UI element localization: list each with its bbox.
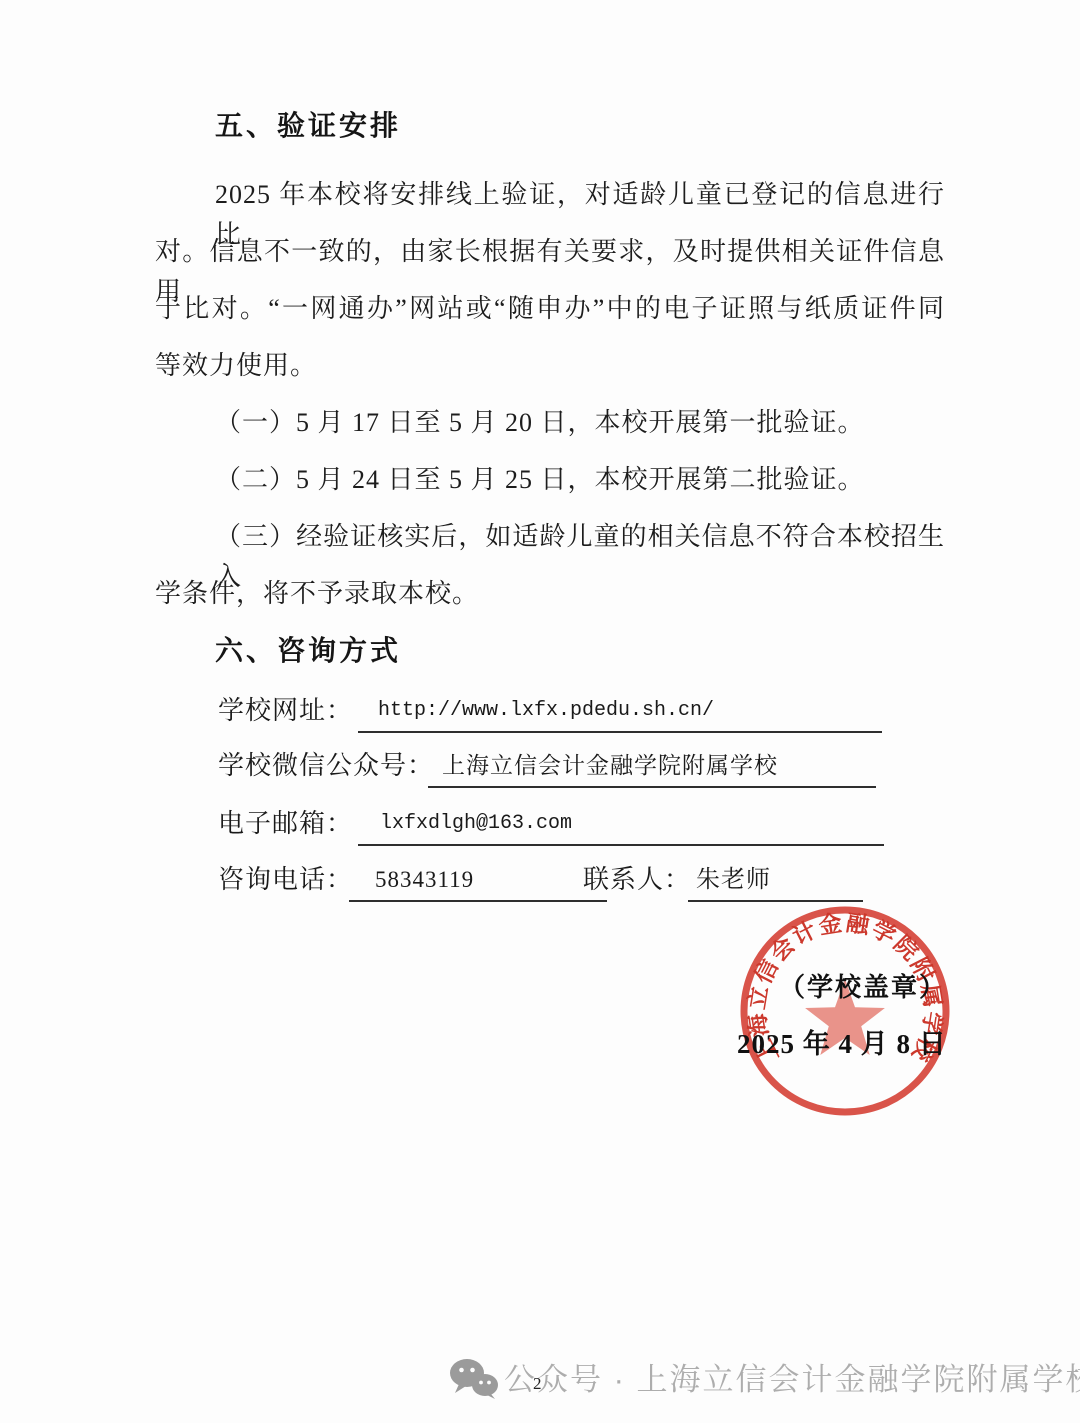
wechat-account-label: 学校微信公众号： — [218, 746, 434, 786]
wechat-account-field: 上海立信会计金融学院附属学校 — [428, 746, 876, 788]
email-field: lxfxdlgh@163.com — [358, 804, 884, 846]
wechat-watermark: 公众号 · 上海立信会计金融学院附属学校 — [504, 1358, 1080, 1402]
phone-value: 58343119 — [375, 867, 474, 892]
section-heading-contact: 六、咨询方式 — [215, 631, 401, 671]
email-label: 电子邮箱： — [218, 804, 353, 844]
scanned-document-page: 五、验证安排 2025 年本校将安排线上验证，对适龄儿童已登记的信息进行比 对。… — [0, 0, 1080, 1423]
phone-label: 咨询电话： — [218, 860, 353, 900]
stamp-placeholder-note: （学校盖章） — [779, 968, 947, 1008]
page-number: 2 — [533, 1372, 542, 1396]
section-heading-verification: 五、验证安排 — [215, 106, 401, 146]
verification-paragraph-line: 于比对。“一网通办”网站或“随申办”中的电子证照与纸质证件同 — [155, 289, 945, 329]
verification-item-1: （一）5 月 17 日至 5 月 20 日，本校开展第一批验证。 — [155, 403, 945, 443]
website-value: http://www.lxfx.pdedu.sh.cn/ — [378, 699, 714, 722]
wechat-icon — [448, 1357, 500, 1399]
contact-person-field: 朱老师 — [688, 860, 863, 902]
school-seal-stamp: 上海立信会计金融学院附属学校 — [735, 903, 955, 1123]
contact-person-label: 联系人： — [583, 860, 691, 900]
website-label: 学校网址： — [218, 691, 353, 731]
contact-person-value: 朱老师 — [696, 867, 771, 893]
verification-paragraph-line: 等效力使用。 — [155, 346, 945, 386]
phone-field: 58343119 — [349, 860, 607, 902]
wechat-account-value: 上海立信会计金融学院附属学校 — [442, 753, 778, 778]
verification-item-2: （二）5 月 24 日至 5 月 25 日，本校开展第二批验证。 — [155, 460, 945, 500]
verification-item-3-continued: 学条件，将不予录取本校。 — [155, 574, 945, 614]
website-field: http://www.lxfx.pdedu.sh.cn/ — [358, 691, 882, 733]
email-value: lxfxdlgh@163.com — [380, 812, 572, 835]
signature-date: 2025 年 4 月 8 日 — [737, 1024, 947, 1064]
